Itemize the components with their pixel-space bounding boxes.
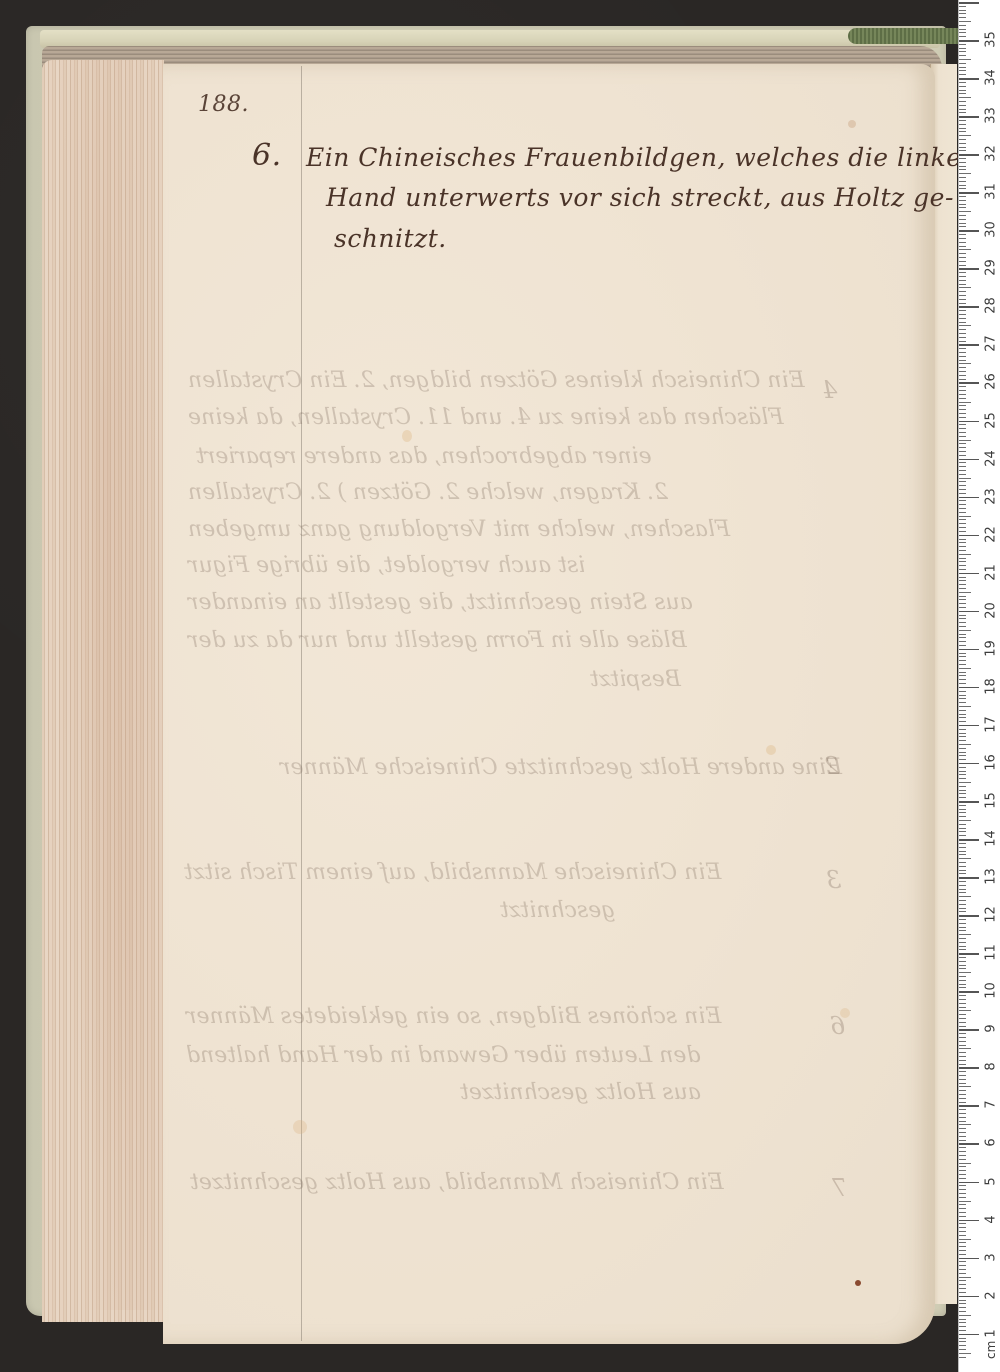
ruler-tick xyxy=(959,1330,966,1331)
manuscript-page xyxy=(163,64,935,1344)
ruler-tick xyxy=(959,116,979,118)
bleed-line: 2. Kragen, welche 2. Götzen ) 2. Crystal… xyxy=(188,480,668,505)
bleed-line: Fläschen das keine zu 4. und 11. Crystal… xyxy=(188,405,784,430)
ruler-tick xyxy=(959,1265,966,1266)
ruler-tick xyxy=(959,1163,971,1164)
ruler-tick xyxy=(959,1132,966,1133)
ruler-tick xyxy=(959,291,966,292)
ruler-tick xyxy=(959,1124,971,1125)
foxing-spot xyxy=(855,1280,861,1286)
ruler-cm-label: 34 xyxy=(984,68,999,88)
ruler-tick xyxy=(959,226,966,227)
ruler-tick xyxy=(959,280,966,281)
ruler-tick xyxy=(959,656,966,657)
ruler-tick xyxy=(959,268,979,270)
ruler-tick xyxy=(959,173,971,174)
ruler-tick xyxy=(959,1182,979,1184)
ruler-tick xyxy=(959,192,979,194)
ruler-tick xyxy=(959,1155,966,1156)
ruler-tick xyxy=(959,1098,966,1099)
ruler-tick xyxy=(959,896,971,897)
ruler-tick xyxy=(959,980,966,981)
ruler-tick xyxy=(959,1227,966,1228)
ruler-tick xyxy=(959,1159,966,1160)
ruler-tick xyxy=(959,402,971,403)
ruler-cm-label: 3 xyxy=(984,1247,999,1267)
ruler-tick xyxy=(959,390,966,391)
ruler-tick xyxy=(959,1060,966,1061)
ruler-cm-label: 18 xyxy=(984,676,999,696)
ruler-tick xyxy=(959,923,966,924)
ruler-tick xyxy=(959,1246,966,1247)
ruler-tick xyxy=(959,649,979,651)
ruler-tick xyxy=(959,870,966,871)
ruler-tick xyxy=(959,695,966,696)
ruler-tick xyxy=(959,664,966,665)
bleed-line: geschnitzt xyxy=(500,898,615,923)
ruler-tick xyxy=(959,539,966,540)
ruler-tick xyxy=(959,215,966,216)
ruler-tick xyxy=(959,535,979,537)
ruler-tick xyxy=(959,797,966,798)
ruler-tick xyxy=(959,558,966,559)
ruler-tick xyxy=(959,824,966,825)
ruler-tick xyxy=(959,698,966,699)
ruler-tick xyxy=(959,873,966,874)
bleed-line: ist auch vergoldet, die übrige Figur xyxy=(188,553,585,578)
ruler-tick xyxy=(959,1254,966,1255)
ruler-tick xyxy=(959,1239,971,1240)
ruler-cm-label: 4 xyxy=(984,1209,999,1229)
foxing-spot xyxy=(293,1120,307,1134)
ruler-tick xyxy=(959,927,966,928)
ruler-tick xyxy=(959,382,979,384)
ruler-cm-label: 29 xyxy=(984,258,999,278)
ruler-tick xyxy=(959,1007,966,1008)
bleed-line: Eine andere Holtz geschnitzte Chineische… xyxy=(280,755,842,780)
ruler-tick xyxy=(959,325,971,326)
ruler-tick xyxy=(959,40,979,42)
ruler-tick xyxy=(959,1280,966,1281)
ruler-tick xyxy=(959,504,966,505)
ruler-tick xyxy=(959,59,971,60)
ruler-tick xyxy=(959,329,966,330)
ruler-tick xyxy=(959,432,966,433)
ruler-tick xyxy=(959,1326,966,1327)
ruler-tick xyxy=(959,1189,966,1190)
ruler-tick xyxy=(959,561,966,562)
ruler-cm-label: 27 xyxy=(984,334,999,354)
ruler-tick xyxy=(959,188,966,189)
ruler-tick xyxy=(959,755,966,756)
ruler-tick xyxy=(959,67,966,68)
ruler-tick xyxy=(959,1075,966,1076)
ruler-tick xyxy=(959,440,971,441)
ruler-tick xyxy=(959,710,966,711)
ruler-cm-label: 24 xyxy=(984,448,999,468)
ruler-tick xyxy=(959,10,966,11)
ruler-tick xyxy=(959,344,979,346)
ruler-tick xyxy=(959,303,966,304)
ruler-tick xyxy=(959,200,966,201)
foxing-spot xyxy=(402,430,412,442)
ruler-tick xyxy=(959,185,966,186)
ruler-tick xyxy=(959,1185,966,1186)
ruler-tick xyxy=(959,21,971,22)
ruler-tick xyxy=(959,778,966,779)
ruler-tick xyxy=(959,592,971,593)
ruler-tick xyxy=(959,306,979,308)
ruler-tick xyxy=(959,892,966,893)
ruler-tick xyxy=(959,1258,979,1260)
ruler-tick xyxy=(959,135,971,136)
ruler-tick xyxy=(959,443,966,444)
ruler-tick xyxy=(959,934,971,935)
ruler-tick xyxy=(959,13,966,14)
ruler-tick xyxy=(959,1345,966,1346)
ruler-tick xyxy=(959,580,966,581)
ruler-cm-label: 5 xyxy=(984,1171,999,1191)
ruler-tick xyxy=(959,1018,966,1019)
ruler-tick xyxy=(959,531,966,532)
ruler-tick xyxy=(959,976,966,977)
ruler-tick xyxy=(959,565,966,566)
ruler-tick xyxy=(959,721,966,722)
ruler-tick xyxy=(959,763,979,765)
ruler-tick xyxy=(959,261,966,262)
ruler-cm-label: 26 xyxy=(984,372,999,392)
ruler-tick xyxy=(959,63,966,64)
ruler-cm-label: 17 xyxy=(984,714,999,734)
ruler-tick xyxy=(959,455,966,456)
ruler-tick xyxy=(959,1029,979,1031)
ruler-tick xyxy=(959,74,966,75)
ruler-tick xyxy=(959,474,966,475)
ruler-tick xyxy=(959,82,966,83)
ruler-tick xyxy=(959,1136,966,1137)
ruler-tick xyxy=(959,908,966,909)
ruler-cm-label: 15 xyxy=(984,791,999,811)
ruler-tick xyxy=(959,409,966,410)
ruler-tick xyxy=(959,318,966,319)
ruler-tick xyxy=(959,1273,966,1274)
ruler-tick xyxy=(959,1212,966,1213)
ruler-tick xyxy=(959,48,966,49)
ruler-tick xyxy=(959,622,966,623)
entry-text-line: Ein Chineisches Frauenbildgen, welches d… xyxy=(306,143,962,172)
bleed-line: Ein Chineische Mannsbild, auf einem Tisc… xyxy=(184,860,721,885)
ruler-cm-label: 32 xyxy=(984,144,999,164)
ruler-tick xyxy=(959,150,966,151)
ruler-tick xyxy=(959,1319,966,1320)
ruler-tick xyxy=(959,356,966,357)
ruler-tick xyxy=(959,767,966,768)
ruler-tick xyxy=(959,786,966,787)
ruler-tick xyxy=(959,607,966,608)
ruler-tick xyxy=(959,736,966,737)
ruler-tick xyxy=(959,147,966,148)
ruler-tick xyxy=(959,1117,966,1118)
ruler-tick xyxy=(959,386,966,387)
ruler-tick xyxy=(959,1014,966,1015)
ruler-tick xyxy=(959,398,966,399)
ruler-tick xyxy=(959,128,966,129)
ruler-cm-label: 20 xyxy=(984,600,999,620)
ruler-cm-label: 31 xyxy=(984,182,999,202)
ruler-tick xyxy=(959,729,966,730)
ruler-tick xyxy=(959,911,966,912)
ruler-tick xyxy=(959,740,966,741)
ruler-tick xyxy=(959,1242,966,1243)
ruler-tick xyxy=(959,516,971,517)
ruler-cm-label: 25 xyxy=(984,410,999,430)
ruler-tick xyxy=(959,1094,966,1095)
page-block-fore-edge xyxy=(42,60,164,1322)
ruler-tick xyxy=(959,809,966,810)
ruler-tick xyxy=(959,1033,966,1034)
ruler-tick xyxy=(959,1105,979,1107)
ruler-tick xyxy=(959,569,966,570)
ruler-tick xyxy=(959,1010,971,1011)
ruler-tick xyxy=(959,634,966,635)
ruler-cm-label: 2 xyxy=(984,1285,999,1305)
ruler-tick xyxy=(959,101,966,102)
ruler-tick xyxy=(959,843,966,844)
ruler-cm-label: 16 xyxy=(984,752,999,772)
ruler-tick xyxy=(959,946,966,947)
ruler-tick xyxy=(959,801,979,803)
ruler-cm-label: 33 xyxy=(984,106,999,126)
bleed-line: Ein schönes Bildgen, so ein gekleidetes … xyxy=(186,1004,721,1029)
ruler-tick xyxy=(959,702,966,703)
ruler-tick xyxy=(959,820,971,821)
ruler-tick xyxy=(959,679,966,680)
ruler-cm-label: 13 xyxy=(984,867,999,887)
bleed-line: aus Stein geschnitzt, die gestellt an ei… xyxy=(188,590,693,615)
ruler-tick xyxy=(959,428,966,429)
ruler-tick xyxy=(959,744,971,745)
ruler-tick xyxy=(959,112,966,113)
ruler-tick xyxy=(959,17,966,18)
ruler-tick xyxy=(959,299,966,300)
ruler-tick xyxy=(959,207,966,208)
ruler-tick xyxy=(959,862,966,863)
ruler-tick xyxy=(959,546,966,547)
ruler-tick xyxy=(959,1143,979,1145)
ruler-tick xyxy=(959,32,966,33)
ruler-tick xyxy=(959,618,966,619)
ruler-tick xyxy=(959,287,971,288)
ruler-tick xyxy=(959,131,966,132)
ruler-tick xyxy=(959,554,971,555)
ruler-tick xyxy=(959,223,966,224)
ruler-tick xyxy=(959,1166,966,1167)
ruler-tick xyxy=(959,196,966,197)
ruler-tick xyxy=(959,999,966,1000)
ruler-tick xyxy=(959,1102,966,1103)
ruler-tick xyxy=(959,881,966,882)
ruler-tick xyxy=(959,1334,979,1336)
ruler-tick xyxy=(959,1197,966,1198)
ruler-tick xyxy=(959,1288,966,1289)
ruler-tick xyxy=(959,1216,966,1217)
ruler-tick xyxy=(959,626,966,627)
foxing-spot xyxy=(766,745,776,755)
ruler-tick xyxy=(959,1045,966,1046)
ruler-tick xyxy=(959,1292,966,1293)
bleed-line: aus Holtz geschnitzet xyxy=(460,1080,701,1105)
ruler-tick xyxy=(959,70,966,71)
ruler-tick xyxy=(959,90,966,91)
ruler-tick xyxy=(959,1056,966,1057)
pencil-margin-line xyxy=(301,66,302,1341)
ruler-tick xyxy=(959,603,966,604)
ruler-cm-label: 10 xyxy=(984,981,999,1001)
ruler-cm-label: 7 xyxy=(984,1095,999,1115)
ruler-tick xyxy=(959,900,966,901)
ruler-tick xyxy=(959,596,966,597)
ruler-tick xyxy=(959,717,966,718)
ruler-tick xyxy=(959,668,971,669)
ruler-tick xyxy=(959,1341,966,1342)
ruler-tick xyxy=(959,725,979,727)
ruler-tick xyxy=(959,519,966,520)
ruler-tick xyxy=(959,866,966,867)
ruler-tick xyxy=(959,1026,966,1027)
ruler-tick xyxy=(959,615,966,616)
ruler-tick xyxy=(959,877,979,879)
ruler-tick xyxy=(959,885,966,886)
ruler-tick xyxy=(959,436,966,437)
ruler-tick xyxy=(959,1338,966,1339)
ruler-tick xyxy=(959,790,966,791)
ruler-tick xyxy=(959,242,966,243)
ruler-tick xyxy=(959,1303,966,1304)
ruler-tick xyxy=(959,367,966,368)
ruler-tick xyxy=(959,733,966,734)
ruler-tick xyxy=(959,238,966,239)
ruler-tick xyxy=(959,1048,971,1049)
ruler-tick xyxy=(959,1128,966,1129)
ruler-tick xyxy=(959,919,966,920)
measuring-ruler: cm 3534333231302928272625242322212019181… xyxy=(958,0,1000,1372)
ruler-tick xyxy=(959,322,966,323)
ruler-tick xyxy=(959,930,966,931)
ruler-tick xyxy=(959,1193,966,1194)
ruler-cm-label: 30 xyxy=(984,220,999,240)
ruler-tick xyxy=(959,6,966,7)
bleed-entry-number: 6 xyxy=(830,1012,845,1040)
ruler-tick xyxy=(959,1174,966,1175)
ruler-tick xyxy=(959,687,979,689)
ruler-tick xyxy=(959,942,966,943)
bleed-line: Ein Chineisch kleines Götzen bildgen, 2.… xyxy=(188,368,805,393)
ruler-tick xyxy=(959,489,966,490)
ruler-tick xyxy=(959,953,979,955)
bleed-line: Bläse alle in Form gestellt und nur da z… xyxy=(188,628,687,653)
ruler-tick xyxy=(959,459,979,461)
ruler-tick xyxy=(959,1269,966,1270)
ruler-tick xyxy=(959,363,971,364)
ruler-tick xyxy=(959,938,966,939)
ruler-tick xyxy=(959,630,971,631)
ruler-tick xyxy=(959,1052,966,1053)
ruler-tick xyxy=(959,1261,966,1262)
ruler-tick xyxy=(959,748,966,749)
ruler-cm-label: 35 xyxy=(984,30,999,50)
ruler-tick xyxy=(959,984,966,985)
ruler-tick xyxy=(959,405,966,406)
ruler-tick xyxy=(959,1250,966,1251)
ruler-tick xyxy=(959,1284,966,1285)
ruler-tick xyxy=(959,1322,966,1323)
ruler-tick xyxy=(959,968,966,969)
ruler-tick xyxy=(959,447,966,448)
ruler-tick xyxy=(959,497,979,499)
ruler-tick xyxy=(959,466,966,467)
ruler-tick xyxy=(959,143,966,144)
entry-number: 6. xyxy=(252,138,282,173)
ruler-tick xyxy=(959,577,966,578)
ruler-tick xyxy=(959,660,966,661)
ruler-tick xyxy=(959,588,966,589)
ruler-tick xyxy=(959,284,966,285)
ruler-tick xyxy=(959,230,979,232)
ruler-cm-label: 22 xyxy=(984,524,999,544)
ruler-cm-label: 23 xyxy=(984,486,999,506)
ruler-tick xyxy=(959,272,966,273)
ruler-tick xyxy=(959,162,966,163)
ruler-tick xyxy=(959,470,966,471)
ruler-tick xyxy=(959,1178,966,1179)
ruler-tick xyxy=(959,29,966,30)
ruler-tick xyxy=(959,675,966,676)
ruler-tick xyxy=(959,375,966,376)
ruler-tick xyxy=(959,500,966,501)
entry-text-line: schnitzt. xyxy=(334,224,447,253)
bleed-line: den Leuten über Gewand in der Hand halte… xyxy=(186,1043,700,1068)
ruler-tick xyxy=(959,379,966,380)
ruler-tick xyxy=(959,759,966,760)
ruler-tick xyxy=(959,793,966,794)
ruler-tick xyxy=(959,249,971,250)
ruler-tick xyxy=(959,599,966,600)
ruler-tick xyxy=(959,854,966,855)
ruler-tick xyxy=(959,462,966,463)
ruler-tick xyxy=(959,1086,971,1087)
ruler-tick xyxy=(959,782,971,783)
ruler-tick xyxy=(959,1147,966,1148)
ruler-tick xyxy=(959,839,979,841)
ruler-tick xyxy=(959,276,966,277)
bleed-line: einer abgebrochen, das andere repariert xyxy=(196,444,652,469)
ruler-tick xyxy=(959,1041,966,1042)
ruler-tick xyxy=(959,527,966,528)
bleed-entry-number: 4 xyxy=(822,376,837,404)
ruler-tick xyxy=(959,1109,966,1110)
ruler-tick xyxy=(959,847,966,848)
ruler-tick xyxy=(959,995,966,996)
ruler-tick xyxy=(959,542,966,543)
bleed-line: Flaschen, welche mit Vergoldung ganz umg… xyxy=(188,517,730,542)
ruler-tick xyxy=(959,246,966,247)
ruler-tick xyxy=(959,774,966,775)
ruler-tick xyxy=(959,672,966,673)
ruler-tick xyxy=(959,1357,966,1358)
ruler-cm-label: 14 xyxy=(984,829,999,849)
ruler-tick xyxy=(959,1296,979,1298)
ruler-tick xyxy=(959,523,966,524)
